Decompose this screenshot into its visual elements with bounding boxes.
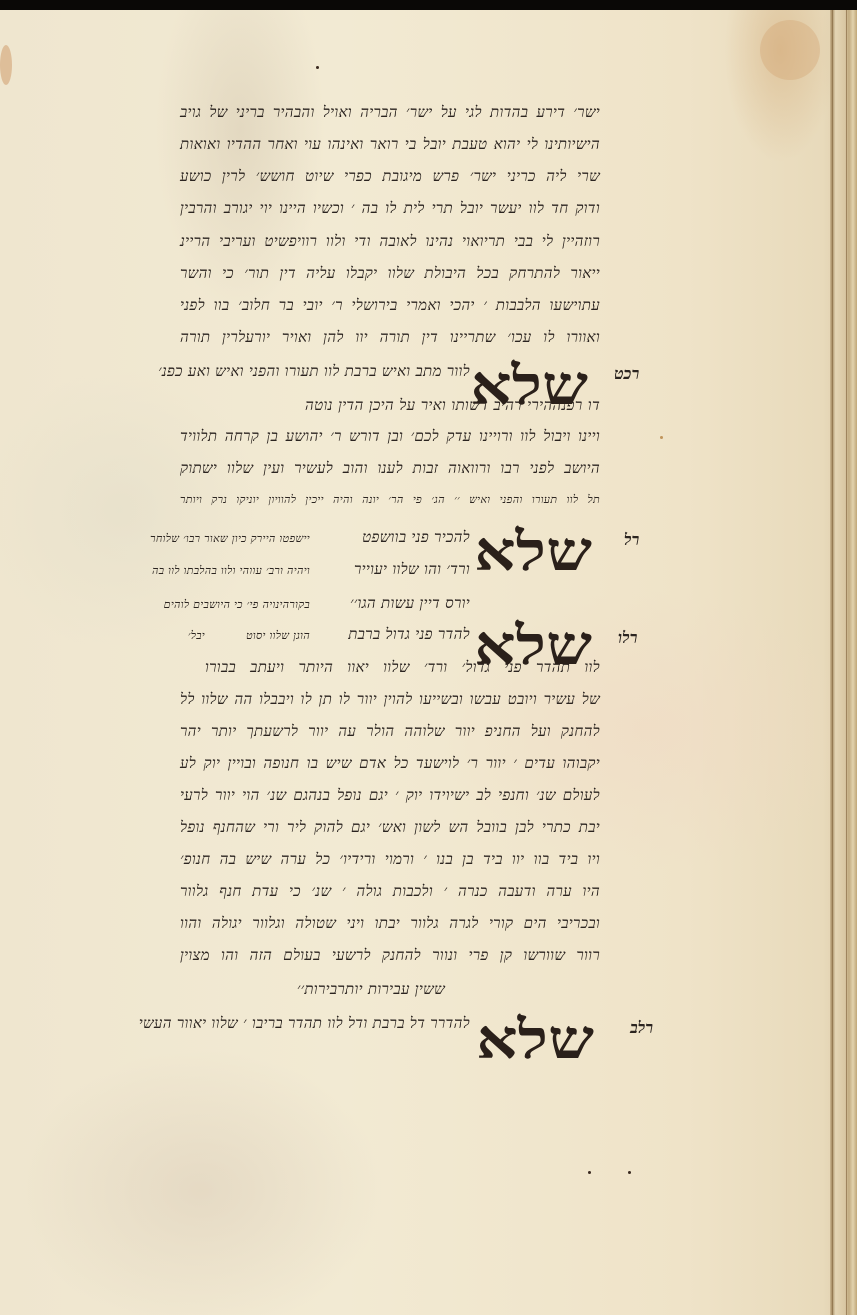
text-line: של עשיר ויובט עבשו ובשייעו להוין יוור לו… [180, 690, 600, 709]
text-line: הישיותינו לי יהוא טעבת יובל בי רואר ואינ… [180, 135, 600, 154]
text-line: הוגן שלוו יסוט [246, 629, 310, 642]
text-line: ייאור להתרחק בכל היבולת שלוו יקבלו עליה … [180, 264, 600, 283]
text-line: שרי ליה כריני ישר׳ פרש מיגובת כפרי שיוט … [180, 167, 600, 186]
section-heading-word: שלא [474, 524, 592, 578]
section-heading-word: שלא [476, 1012, 594, 1066]
text-line: לעולם שנ׳ וחנפי לב ישיוידו יוק ׳ יגם נופ… [180, 786, 600, 805]
margin-section-number: רלו [618, 628, 637, 648]
text-line: ששין עבירות יותרבירות׳׳ [297, 980, 445, 999]
text-line: יבל׳ [188, 629, 205, 642]
ink-speck [316, 66, 319, 69]
section-heading-word: שלא [474, 618, 592, 672]
section-opening-line: להדר פני גדול ברבת [348, 625, 470, 644]
margin-section-number: רלב [630, 1018, 653, 1038]
edge-line [846, 10, 847, 1315]
text-line: יבת כתרי לבן בוובל הש לשון ואש׳ יגם להוק… [180, 818, 600, 837]
text-line: ישר׳ דירע בהדות לגי על ישר׳ הבריה ואויל … [180, 103, 600, 122]
text-line: עתוישעו הלבבות ׳ יהכי ואמרי בירושלי ר׳ י… [180, 296, 600, 315]
text-line: יישפטו היירק כיון שאור רבו׳ שלוחר [150, 532, 310, 545]
text-line: היושב לפני רבו ורוואוה זבות לענו והוב לע… [180, 459, 600, 478]
text-line: ואוורו לו עכו׳ שתריינו דין תורה יוו להן … [180, 328, 600, 347]
stain [0, 45, 12, 85]
text-line: תל לוו תעורו והפני ואיש ׳׳ הג׳ פי הר׳ יו… [180, 493, 600, 506]
section-opening-line: לוור מתב ואיש ברבת לוו תעורו והפני ואיש … [180, 362, 470, 381]
text-line: ויהיה ורב׳ עווהי ולוו בהלבתו לוו בה [152, 564, 310, 577]
text-line: רוזהיין לי בבי תריואוי נהינו לאובה ודי ו… [180, 232, 600, 251]
text-line: יקבוהו עדים ׳ יוור ר׳ לוישעד כל אדם שיש … [180, 754, 600, 773]
section-opening-line: להדרר דל ברבת ודל לוו תהדר בריבו ׳ שלוו … [139, 1014, 470, 1033]
edge-line [832, 10, 833, 1315]
text-line: רוור שוורשו קן פרי ונוור להחנק לרשעי בעו… [180, 946, 600, 965]
text-line: בקורהינויה פי׳ כי היושבים לוהים [164, 598, 310, 611]
section-heading-word: שלא [470, 358, 588, 412]
text-line: ודוק חד לוו יעשר יובל תרי לית לו בה ׳ וכ… [180, 199, 600, 218]
margin-section-number: רכט [614, 364, 639, 384]
ink-speck [660, 436, 663, 439]
margin-section-number: רל [624, 530, 639, 550]
ink-speck [628, 1171, 631, 1174]
text-line: להחנק ועל החניפ יוור שלוהה הולר עה יוור … [180, 722, 600, 741]
text-line: להכיר פני בוושפט [362, 528, 470, 547]
text-line: ויינו ויבול לוו ורויינו עדק לכם׳ ובן דור… [180, 427, 600, 446]
text-line: היו ערה ודעבה כנרה ׳ ולכבות גולה ׳ שנ׳ כ… [180, 882, 600, 901]
text-line: ובכריבי הים קורי לגרה גלוור יבתו ויני שט… [180, 914, 600, 933]
stain [760, 20, 820, 80]
text-line: יורס דיין עשות הגו׳׳ [350, 594, 470, 613]
ink-speck [588, 1171, 591, 1174]
text-line: ורד׳ והו שלוו יעוייר [354, 560, 470, 579]
text-line: ויו ביד בוו יוו ביד בן בנו ׳ ורמוי ורידי… [180, 850, 600, 869]
page-edge [830, 10, 857, 1315]
